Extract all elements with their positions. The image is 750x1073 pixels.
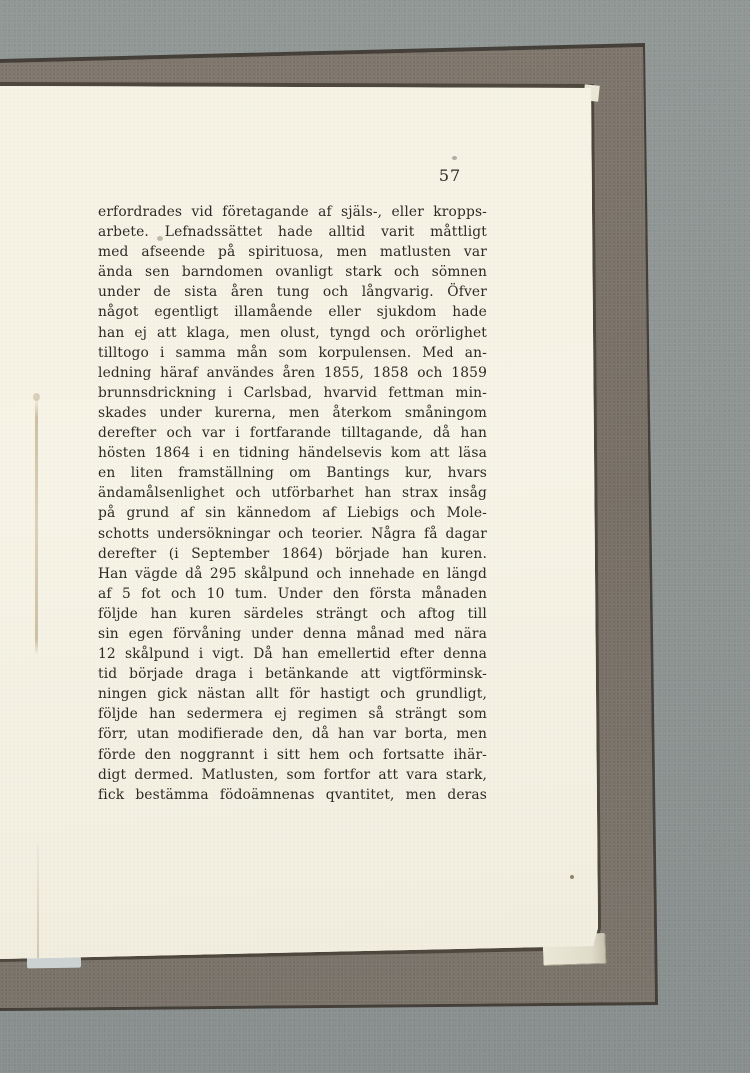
paper-crease — [35, 397, 38, 655]
text-line: ledning häraf användes åren 1855, 1858 o… — [98, 363, 487, 383]
scanned-book-photo: 57 erfordrades vid företagande af själs-… — [0, 0, 750, 1073]
text-line: förr, utan modifierade den, då han var b… — [98, 724, 487, 744]
text-line: Han vägde då 295 skålpund och innehade e… — [98, 564, 487, 584]
text-line: förde den noggrannt i sitt hem och forts… — [98, 745, 487, 765]
text-line: tilltogo i samma mån som korpulensen. Me… — [98, 343, 487, 363]
text-line: 12 skålpund i vigt. Då han emellertid ef… — [98, 644, 487, 664]
page-number: 57 — [428, 166, 472, 185]
paper-speck — [157, 236, 163, 241]
text-line: derefter (i September 1864) började han … — [98, 544, 487, 564]
text-line: under de sista åren tung och långvarig. … — [98, 282, 487, 302]
text-line: erfordrades vid företagande af själs-, e… — [98, 202, 487, 222]
text-line: fick bestämma födoämnenas qvantitet, men… — [98, 785, 487, 805]
text-line: tid började draga i betänkande att vigtf… — [98, 664, 487, 684]
text-line: af 5 fot och 10 tum. Under den första må… — [98, 584, 487, 604]
text-line: sin egen förvåning under denna månad med… — [98, 624, 487, 644]
text-line: på grund af sin kännedom af Liebigs och … — [98, 503, 487, 523]
page-text-block: erfordrades vid företagande af själs-, e… — [98, 202, 487, 805]
text-line: ningen gick nästan allt för hastigt och … — [98, 684, 487, 704]
page-fold-line — [37, 845, 39, 960]
text-line: ändamålsenlighet och utförbarhet han str… — [98, 483, 487, 503]
text-line: följde han kuren särdeles strängt och af… — [98, 604, 487, 624]
text-line: följde han sedermera ej regimen så strän… — [98, 704, 487, 724]
text-line: han ej att klaga, men olust, tyngd och o… — [98, 323, 487, 343]
text-line: schotts undersökningar och teorier. Någr… — [98, 524, 487, 544]
text-line: ända sen barndomen ovanligt stark och sö… — [98, 262, 487, 282]
paper-chip-bottom-left — [27, 957, 81, 969]
paper-speck — [570, 875, 574, 879]
text-line: hösten 1864 i en tidning händelsevis kom… — [98, 443, 487, 463]
text-line: derefter och var i fortfarande tilltagan… — [98, 423, 487, 443]
text-line: digt dermed. Matlusten, som fortfor att … — [98, 765, 487, 785]
text-line: med afseende på spirituosa, men matluste… — [98, 242, 487, 262]
text-line: skades under kurerna, men återkom smånin… — [98, 403, 487, 423]
paper-speck — [452, 156, 457, 160]
paper-speck — [374, 654, 377, 657]
text-line: en liten framställning om Bantings kur, … — [98, 463, 487, 483]
text-line: något egentligt illamående eller sjukdom… — [98, 302, 487, 322]
text-line: brunnsdrickning i Carlsbad, hvarvid fett… — [98, 383, 487, 403]
